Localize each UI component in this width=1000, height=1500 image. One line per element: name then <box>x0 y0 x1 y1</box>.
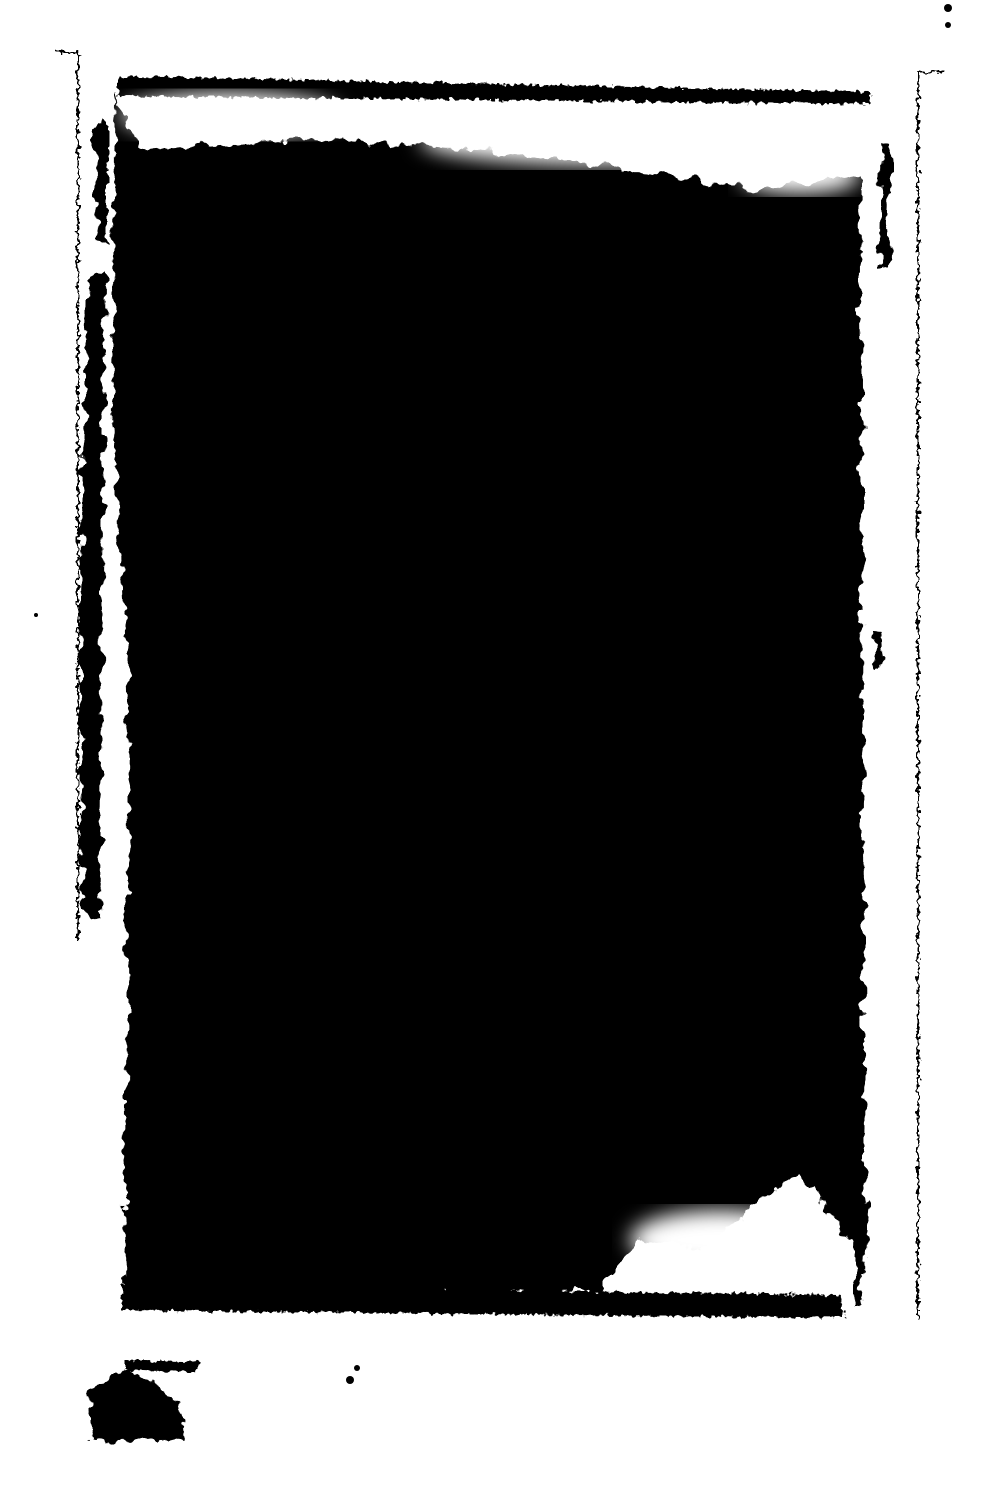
frame-artwork <box>0 0 1000 1500</box>
main-black-area <box>112 96 865 1300</box>
bottom-left-smudge <box>90 1370 185 1442</box>
left-frame-line <box>55 52 78 940</box>
bottom-haze <box>630 1210 810 1270</box>
left-edge-strokes <box>80 120 108 920</box>
top-haze <box>120 93 340 137</box>
right-frame-line <box>918 72 945 1320</box>
